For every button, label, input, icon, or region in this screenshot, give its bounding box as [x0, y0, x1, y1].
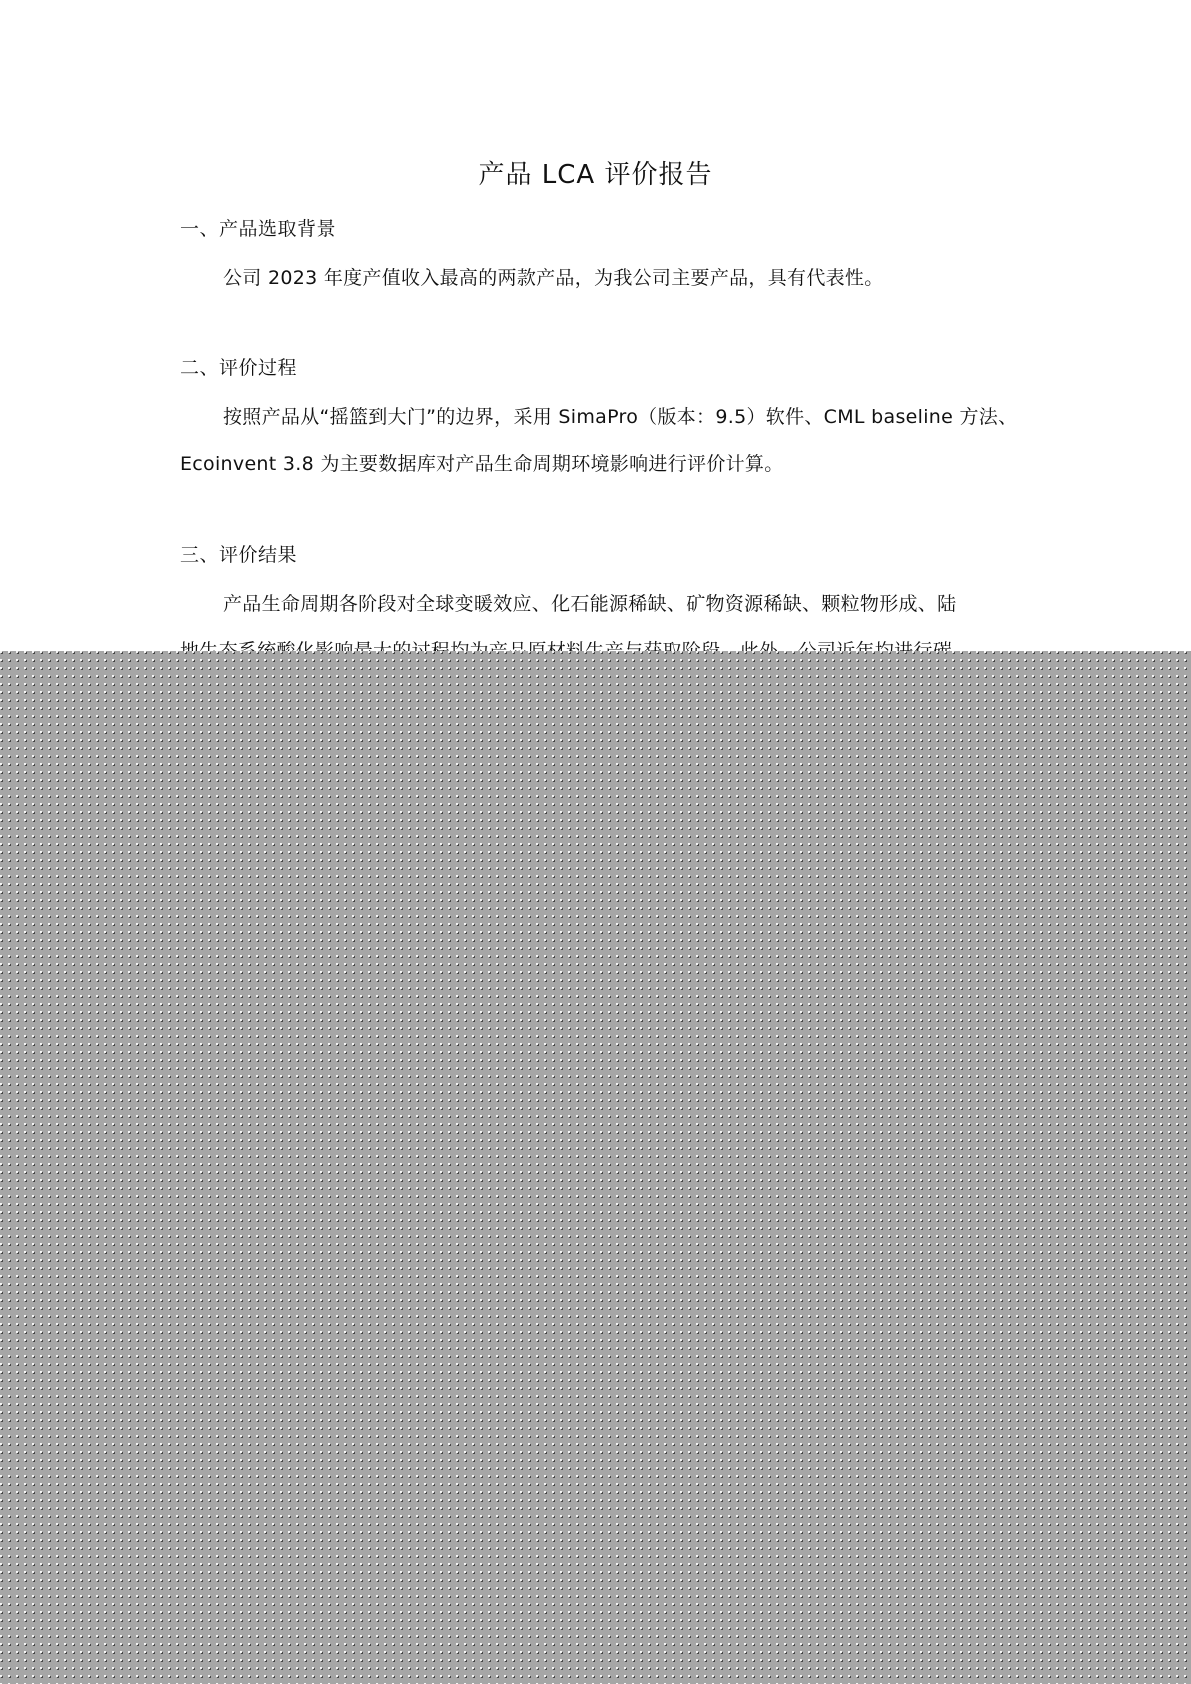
paragraph-text: 按照产品从“摇篮到大门”的边界，采用 SimaPro（版本：9.5）软件、CML… [223, 406, 1017, 428]
section-heading-background: 一、产品选取背景 [180, 214, 336, 244]
section-paragraph-background: 公司 2023 年度产值收入最高的两款产品，为我公司主要产品，具有代表性。 [180, 255, 1012, 302]
section-paragraph-process: 按照产品从“摇篮到大门”的边界，采用 SimaPro（版本：9.5）软件、CML… [180, 394, 1012, 488]
section-heading-results: 三、评价结果 [180, 540, 297, 570]
paragraph-text: 公司 2023 年度产值收入最高的两款产品，为我公司主要产品，具有代表性。 [223, 267, 884, 289]
document-title: 产品 LCA 评价报告 [0, 155, 1191, 195]
section-heading-process: 二、评价过程 [180, 353, 297, 383]
document-page: 产品 LCA 评价报告 一、产品选取背景 公司 2023 年度产值收入最高的两款… [0, 0, 1191, 1684]
paragraph-line: 公司 2023 年度产值收入最高的两款产品，为我公司主要产品，具有代表性。 [180, 255, 1012, 302]
paragraph-line: Ecoinvent 3.8 为主要数据库对产品生命周期环境影响进行评价计算。 [180, 441, 1012, 488]
paragraph-line: 按照产品从“摇篮到大门”的边界，采用 SimaPro（版本：9.5）软件、CML… [180, 394, 1012, 441]
redaction-overlay [0, 651, 1191, 1684]
paragraph-text: Ecoinvent 3.8 为主要数据库对产品生命周期环境影响进行评价计算。 [180, 453, 784, 475]
paragraph-text: 产品生命周期各阶段对全球变暖效应、化石能源稀缺、矿物资源稀缺、颗粒物形成、陆 [223, 593, 956, 615]
paragraph-line: 产品生命周期各阶段对全球变暖效应、化石能源稀缺、矿物资源稀缺、颗粒物形成、陆 [180, 581, 1012, 628]
